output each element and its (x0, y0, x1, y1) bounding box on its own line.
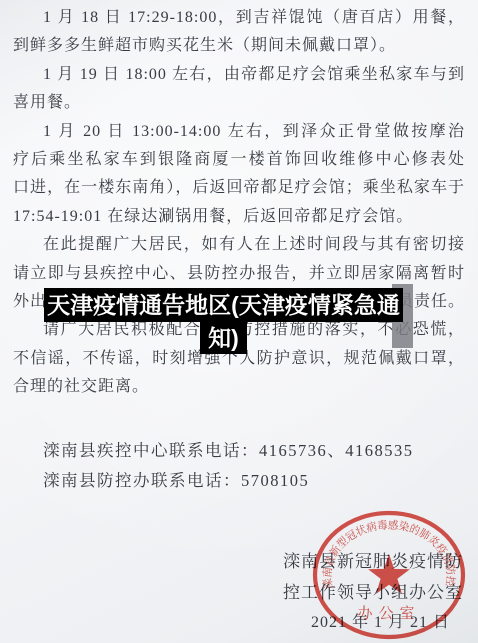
contact-block: 滦南县疾控中心联系电话：4165736、4168535 滦南县防控办联系电话：5… (13, 436, 465, 496)
body-line: 1 月 19 日 18:00 左右，由帝都足疗会馆乘坐私家车与到谷年 (13, 61, 465, 89)
control-office-phone-line: 滦南县防控办联系电话：5708105 (13, 466, 465, 496)
title-line-2: 知) (0, 322, 447, 354)
star-icon (368, 554, 410, 594)
body-line: 1 月 18 日 17:29-18:00，到吉祥馄饨（唐百店）用餐，18:02 (13, 4, 465, 32)
seal-office-text: 办公室 (357, 605, 420, 622)
body-line: 口进，在一楼东南角），后返回帝都足疗会馆；乘坐私家车于 (13, 174, 465, 202)
body-line: 合理的社交距离。 (13, 373, 465, 401)
body-line: 疗后乘坐私家车到银隆商厦一楼首饰回收维修中心修表处（西门 (13, 146, 465, 174)
body-line: 在此提醒广大居民，如有人在上述时间段与其有密切接触的， (13, 231, 465, 259)
body-line: 喜用餐。 (13, 89, 465, 117)
scanned-notice-page: 1 月 18 日 17:29-18:00，到吉祥馄饨（唐百店）用餐，18:02 … (0, 0, 478, 643)
title-text: 天津疫情通告地区(天津疫情紧急通 (44, 288, 403, 322)
cdc-phone-line: 滦南县疾控中心联系电话：4165736、4168535 (13, 436, 465, 466)
title-text: 知) (200, 322, 247, 354)
body-line: 17:54-19:01 在绿达涮锅用餐，后返回帝都足疗会馆。 (13, 203, 465, 231)
article-title-overlay: 天津疫情通告地区(天津疫情紧急通 知) (0, 288, 447, 354)
body-line: 1 月 20 日 13:00-14:00 左右，到泽众正骨堂做按摩治疗，治 (13, 118, 465, 146)
title-line-1: 天津疫情通告地区(天津疫情紧急通 (0, 288, 447, 322)
body-line: 到鲜多多生鲜超市购买花生米（期间未佩戴口罩）。 (13, 32, 465, 60)
official-seal: 滦南县新型冠状病毒感染的肺炎疫情防控工作领导小组 办公室 (304, 505, 474, 643)
